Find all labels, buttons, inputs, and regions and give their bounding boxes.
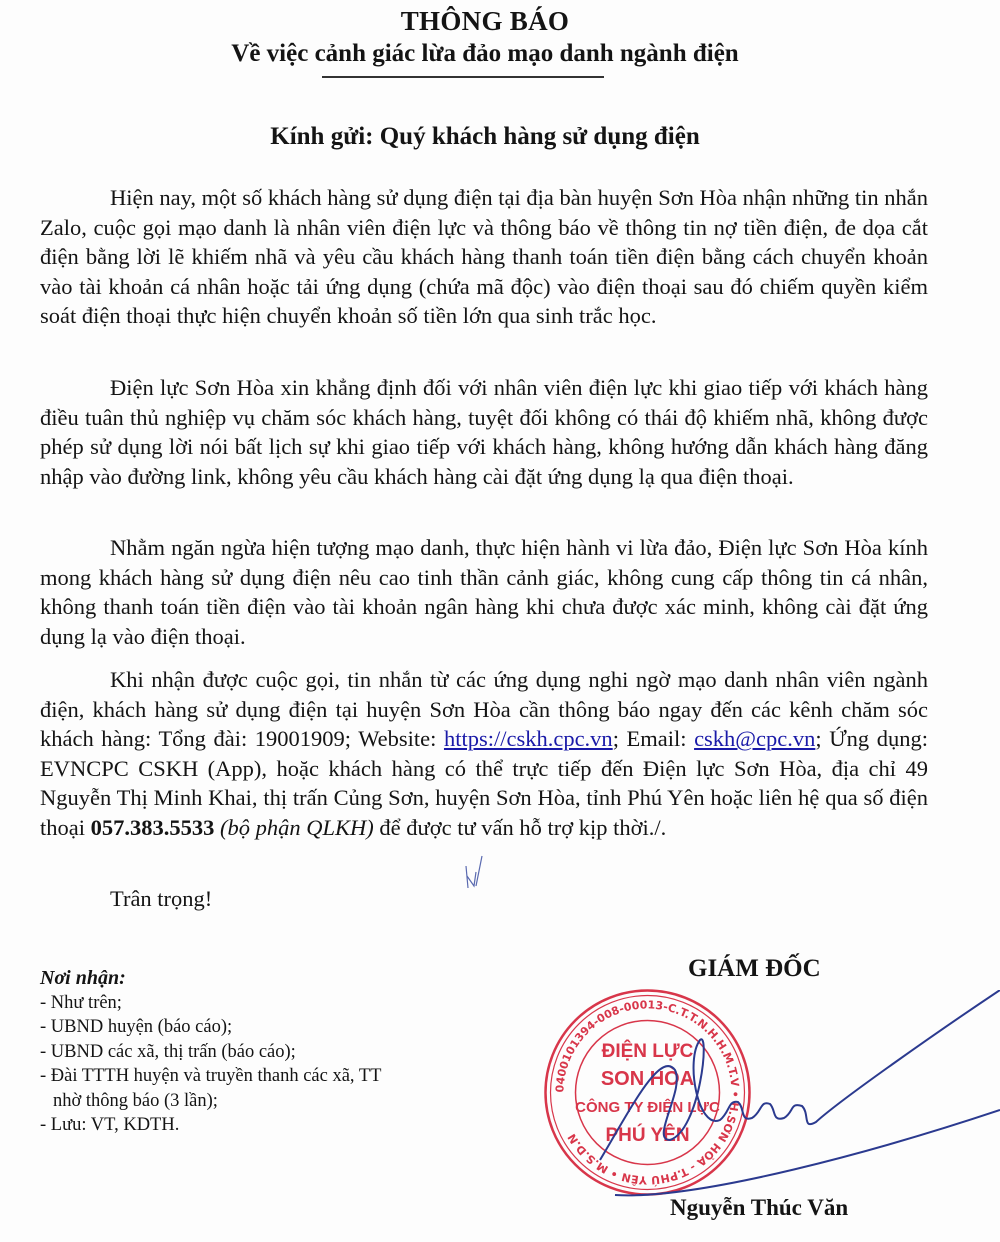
title-underline-divider bbox=[322, 76, 604, 78]
paragraph-3: Nhằm ngăn ngừa hiện tượng mạo danh, thực… bbox=[40, 533, 928, 651]
recipient-item-continuation: nhờ thông báo (3 lần); bbox=[40, 1089, 381, 1114]
salutation: Kính gửi: Quý khách hàng sử dụng điện bbox=[0, 123, 970, 151]
recipient-item: - Đài TTTH huyện và truyền thanh các xã,… bbox=[40, 1064, 381, 1089]
paragraph-1: Hiện nay, một số khách hàng sử dụng điện… bbox=[40, 183, 928, 331]
handwritten-signature-icon bbox=[580, 990, 1000, 1210]
recipient-item: - UBND huyện (báo cáo); bbox=[40, 1015, 381, 1040]
document-title: THÔNG BÁO bbox=[0, 6, 970, 37]
recipient-item: - Lưu: VT, KDTH. bbox=[40, 1113, 381, 1138]
email-link[interactable]: cskh@cpc.vn bbox=[694, 726, 815, 751]
signer-position: GIÁM ĐỐC bbox=[688, 955, 821, 983]
paragraph-2: Điện lực Sơn Hòa xin khẳng định đối với … bbox=[40, 373, 928, 491]
phone-note: (bộ phận QLKH) bbox=[220, 815, 374, 840]
contact-text-email-label: ; Email: bbox=[613, 726, 694, 751]
recipients-heading: Nơi nhận: bbox=[40, 966, 381, 991]
website-link[interactable]: https://cskh.cpc.vn bbox=[444, 726, 613, 751]
contact-paragraph: Khi nhận được cuộc gọi, tin nhắn từ các … bbox=[40, 665, 928, 843]
contact-text-end: để được tư vấn hỗ trợ kịp thời./. bbox=[374, 815, 667, 840]
recipient-item: - Như trên; bbox=[40, 991, 381, 1016]
document-subtitle: Về việc cảnh giác lừa đảo mạo danh ngành… bbox=[0, 40, 970, 68]
closing-text: Trân trọng! bbox=[110, 886, 212, 912]
initial-mark-icon bbox=[462, 852, 486, 892]
recipients-list: Nơi nhận: - Như trên; - UBND huyện (báo … bbox=[40, 966, 381, 1138]
signer-name: Nguyễn Thúc Văn bbox=[670, 1195, 848, 1221]
phone-number: 057.383.5533 bbox=[91, 815, 215, 840]
recipient-item: - UBND các xã, thị trấn (báo cáo); bbox=[40, 1040, 381, 1065]
